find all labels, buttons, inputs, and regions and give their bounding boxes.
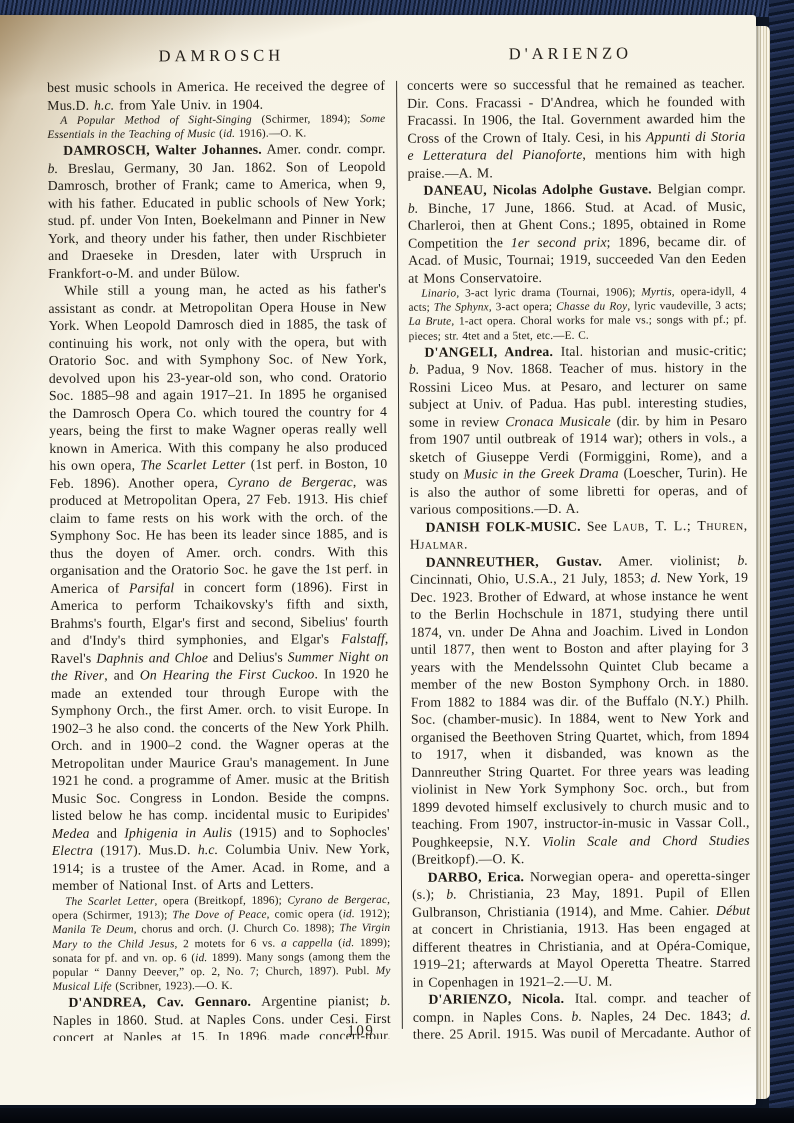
styled-text: On Hearing the First Cuckoo xyxy=(140,667,315,683)
book-cover-bottom-edge xyxy=(0,1108,794,1123)
running-head-left: DAMROSCH xyxy=(47,45,396,67)
styled-text: Début xyxy=(716,903,750,918)
entry-headword: DANISH FOLK-MUSIC. xyxy=(426,519,581,535)
styled-text: La Brute xyxy=(409,316,452,328)
entry-headword: D'ANDREA, Cav. Gennaro. xyxy=(68,994,251,1010)
book-page: DAMROSCH D'ARIENZO best music schools in… xyxy=(0,15,756,1105)
styled-text: b. xyxy=(380,993,391,1008)
styled-text: h.c. xyxy=(94,97,114,112)
entry-headword: DARBO, Erica. xyxy=(428,869,525,885)
styled-text: Cronaca Musicale xyxy=(505,413,611,429)
styled-text: Medea xyxy=(52,826,90,841)
left-column: best music schools in America. He receiv… xyxy=(47,77,391,1041)
styled-text: A Popular Method of Sight-Singing xyxy=(60,114,252,127)
book-cover-right-edge xyxy=(769,0,794,1123)
styled-text: b. xyxy=(571,1009,582,1024)
styled-text: Electra xyxy=(52,843,93,858)
styled-text: Falstaff xyxy=(341,631,385,646)
styled-text: h.c. xyxy=(198,842,218,857)
dictionary-entry: D'ANGELI, Andrea. Ital. historian and mu… xyxy=(409,342,748,519)
styled-text: Cyrano de Bergerac xyxy=(227,474,353,490)
entry-headword: D'ARIENZO, Nicola. xyxy=(428,991,564,1007)
styled-text: Manila Te Deum xyxy=(52,924,133,936)
styled-text: d. xyxy=(650,571,661,586)
dictionary-entry: DANISH FOLK-MUSIC. See Laub, T. L.; Thur… xyxy=(410,517,748,554)
paragraph: concerts were so successful that he rema… xyxy=(407,75,746,182)
styled-text: Appunti di Storia e Letteratura del Pian… xyxy=(407,128,745,163)
styled-text: b. xyxy=(446,887,457,902)
styled-text: Myrtis xyxy=(641,286,671,298)
styled-text: b. xyxy=(408,200,419,215)
styled-text: a cappella xyxy=(281,937,333,949)
styled-text: Parsifal xyxy=(129,580,174,595)
works-list: A Popular Method of Sight-Singing (Schir… xyxy=(47,112,385,142)
styled-text: Violin Scale and Chord Studies xyxy=(542,833,750,849)
styled-text: The Dove of Peace xyxy=(172,909,266,922)
styled-text: The Scarlet Letter xyxy=(65,895,155,908)
running-heads: DAMROSCH D'ARIENZO xyxy=(47,43,745,67)
styled-text: My Musical Life xyxy=(53,965,391,993)
entry-headword: DANNREUTHER, Gustav. xyxy=(426,553,602,569)
entry-headword: DANEAU, Nicolas Adolphe Gustave. xyxy=(423,181,651,197)
styled-text: Music in the Greek Drama xyxy=(464,466,619,482)
works-list: The Scarlet Letter, opera (Breitkopf, 18… xyxy=(52,893,391,994)
styled-text: Cyrano de Bergerac xyxy=(287,894,387,907)
styled-text: The Scarlet Letter xyxy=(140,457,245,473)
paragraph: best music schools in America. He receiv… xyxy=(47,77,385,114)
page-number: 109 xyxy=(311,1023,411,1041)
dictionary-entry: DANEAU, Nicolas Adolphe Gustave. Belgian… xyxy=(408,180,747,287)
scanned-book-page: { "colors":{"paper":"#f8f4e8","cover_nav… xyxy=(0,0,794,1123)
works-list: Linario, 3-act lyric drama (Tournai, 190… xyxy=(408,285,746,344)
styled-text: Linario xyxy=(421,288,456,300)
styled-text: b. xyxy=(409,362,420,377)
styled-text: Iphigenia in Aulis xyxy=(124,825,232,841)
styled-text: d. xyxy=(740,1008,751,1023)
styled-text: id. xyxy=(223,128,235,140)
paragraph: While still a young man, he acted as his… xyxy=(48,280,390,895)
dictionary-entry: D'ARIENZO, Nicola. Ital. compr. and teac… xyxy=(413,989,751,1041)
styled-text: id. xyxy=(195,952,207,964)
dictionary-entry: DAMROSCH, Walter Johannes. Amer. condr. … xyxy=(47,140,386,282)
styled-text: Laub, T. L.; xyxy=(613,518,691,533)
styled-text: The Sphynx xyxy=(434,302,489,314)
page-content: DAMROSCH D'ARIENZO best music schools in… xyxy=(0,15,756,1105)
styled-text: Chasse du Roy xyxy=(556,301,627,313)
styled-text: id. xyxy=(342,937,354,949)
styled-text: id. xyxy=(343,908,355,920)
entry-headword: D'ANGELI, Andrea. xyxy=(424,344,553,360)
styled-text: Daphnis and Chloe xyxy=(96,650,208,666)
right-column: concerts were so successful that he rema… xyxy=(407,75,751,1039)
dictionary-entry: DANNREUTHER, Gustav. Amer. violinist; b.… xyxy=(410,552,750,869)
styled-text: b. xyxy=(737,553,748,568)
running-head-right: D'ARIENZO xyxy=(396,43,745,65)
entry-headword: DAMROSCH, Walter Johannes. xyxy=(63,142,262,158)
styled-text: b. xyxy=(48,161,59,176)
dictionary-entry: DARBO, Erica. Norwegian opera- and opere… xyxy=(412,867,751,992)
styled-text: 1er second prix xyxy=(511,234,607,250)
